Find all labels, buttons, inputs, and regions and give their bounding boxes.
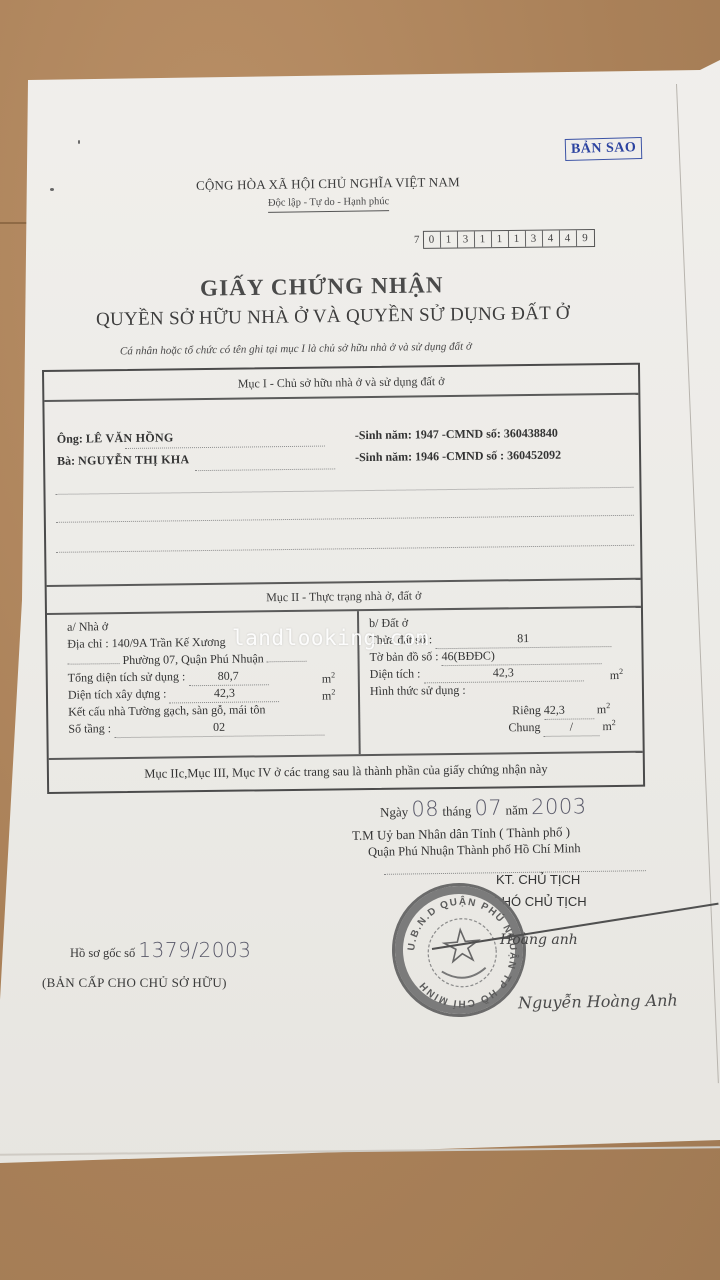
paper-speck (50, 188, 54, 191)
serial-digit: 3 (457, 231, 474, 247)
dotted-rule (56, 545, 634, 553)
month-value: 07 (474, 796, 502, 820)
shared-value: / (543, 718, 599, 737)
id-number: 360452092 (507, 448, 561, 463)
serial-digit: 1 (440, 231, 457, 247)
watermark: landlooking.com (232, 626, 429, 650)
official-seal: U.B.N.D QUẬN PHÚ NHUẬN TP HỒ CHÍ MINH (386, 877, 531, 1022)
id-number: 360438840 (504, 426, 558, 441)
owner-name: NGUYỄN THỊ KHA (78, 452, 189, 467)
national-motto: Độc lập - Tự do - Hạnh phúc (268, 196, 389, 213)
document-title: GIẤY CHỨNG NHẬN (200, 272, 444, 301)
map-label: Tờ bản đồ số : (369, 649, 438, 664)
birth-year: 1947 (415, 427, 439, 441)
seal-emblem-icon: U.B.N.D QUẬN PHÚ NHUẬN TP HỒ CHÍ MINH (390, 880, 535, 1025)
serial-digit: 0 (423, 232, 440, 248)
floors-label: Số tầng : (68, 721, 111, 736)
owner-title: Bà: (57, 454, 75, 468)
dotted-rule (125, 446, 325, 449)
structure-label: Kết cấu nhà (68, 704, 125, 719)
dossier-value: 1379/2003 (138, 938, 251, 962)
birth-year: 1946 (415, 449, 439, 463)
serial-number: 7 0131113449 (414, 229, 595, 249)
dotted-rule (195, 468, 335, 471)
shared-label: Chung (508, 720, 540, 734)
serial-digit: 9 (576, 230, 593, 246)
address-line1: 140/9A Trần Kế Xương (112, 635, 226, 650)
shared-row: Chung / m2 (370, 714, 640, 734)
owner-meta: -Sinh năm: 1946 -CMND số : 360452092 (355, 448, 561, 466)
footer-note: Mục IIc,Mục III, Mục IV ở các trang sau … (49, 753, 643, 792)
address-line2: Phường 07, Quận Phú Nhuận (122, 651, 263, 667)
serial-digit: 1 (508, 231, 525, 247)
serial-digit: 1 (474, 231, 491, 247)
total-area-label: Tổng diện tích sử dụng : (68, 669, 186, 684)
dotted-rule (56, 487, 634, 495)
issue-date: Ngày 08 tháng 07 năm 2003 (380, 794, 587, 822)
land-area-label: Diện tích : (370, 666, 421, 681)
owner-name: LÊ VĂN HỒNG (86, 430, 174, 445)
copy-stamp: BẢN SAO (565, 137, 643, 161)
owner-title: Ông: (57, 432, 83, 446)
dotted-rule (56, 515, 634, 523)
id-label: -CMND số : (442, 448, 504, 463)
structure-value: Tường gạch, sàn gỗ, mái tôn (128, 702, 265, 718)
owner-row: Bà: NGUYỄN THỊ KHA -Sinh năm: 1946 -CMND… (57, 447, 629, 469)
owner-row: Ông: LÊ VĂN HỒNG -Sinh năm: 1947 -CMND s… (57, 425, 629, 447)
birth-label: -Sinh năm: (355, 449, 412, 464)
serial-digit: 4 (542, 230, 559, 246)
floors-value: 02 (114, 718, 324, 739)
svg-text:U.B.N.D QUẬN PHÚ NHUẬN TP HỒ C: U.B.N.D QUẬN PHÚ NHUẬN TP HỒ CHÍ MINH (402, 890, 525, 1014)
serial-digit-boxes: 0131113449 (422, 229, 594, 249)
id-label: -CMND số: (442, 426, 501, 441)
serial-digit: 1 (491, 231, 508, 247)
address-label: Địa chỉ : (67, 636, 108, 651)
paper-speck (78, 140, 80, 144)
dossier-label: Hồ sơ gốc số (70, 946, 135, 960)
issued-to: (BẢN CẤP CHO CHỦ SỞ HỮU) (42, 975, 227, 991)
signature: Hoàng anh (500, 932, 578, 948)
serial-digit: 3 (525, 231, 542, 247)
day-value: 08 (411, 797, 439, 821)
built-area-label: Diện tích xây dựng : (68, 687, 167, 702)
serial-digit: 4 (559, 230, 576, 246)
serial-prefix: 7 (414, 234, 420, 246)
birth-label: -Sinh năm: (355, 427, 412, 442)
owner-meta: -Sinh năm: 1947 -CMND số: 360438840 (355, 426, 558, 443)
certificate-table: Mục I - Chủ sở hữu nhà ở và sử dụng đất … (42, 363, 645, 794)
year-label: năm (505, 802, 528, 817)
day-label: Ngày (380, 804, 408, 819)
month-label: tháng (442, 803, 471, 819)
total-area-value: 80,7 (188, 667, 268, 686)
unit: m2 (602, 719, 616, 733)
dossier-number: Hồ sơ gốc số 1379/2003 (70, 938, 251, 962)
owners-section: Ông: LÊ VĂN HỒNG -Sinh năm: 1947 -CMND s… (44, 395, 640, 587)
floors-row: Số tầng : 02 (68, 717, 358, 738)
year-value: 2003 (531, 794, 587, 819)
signer-name: Nguyễn Hoàng Anh (518, 991, 678, 1013)
tabletop-seam (0, 222, 30, 224)
